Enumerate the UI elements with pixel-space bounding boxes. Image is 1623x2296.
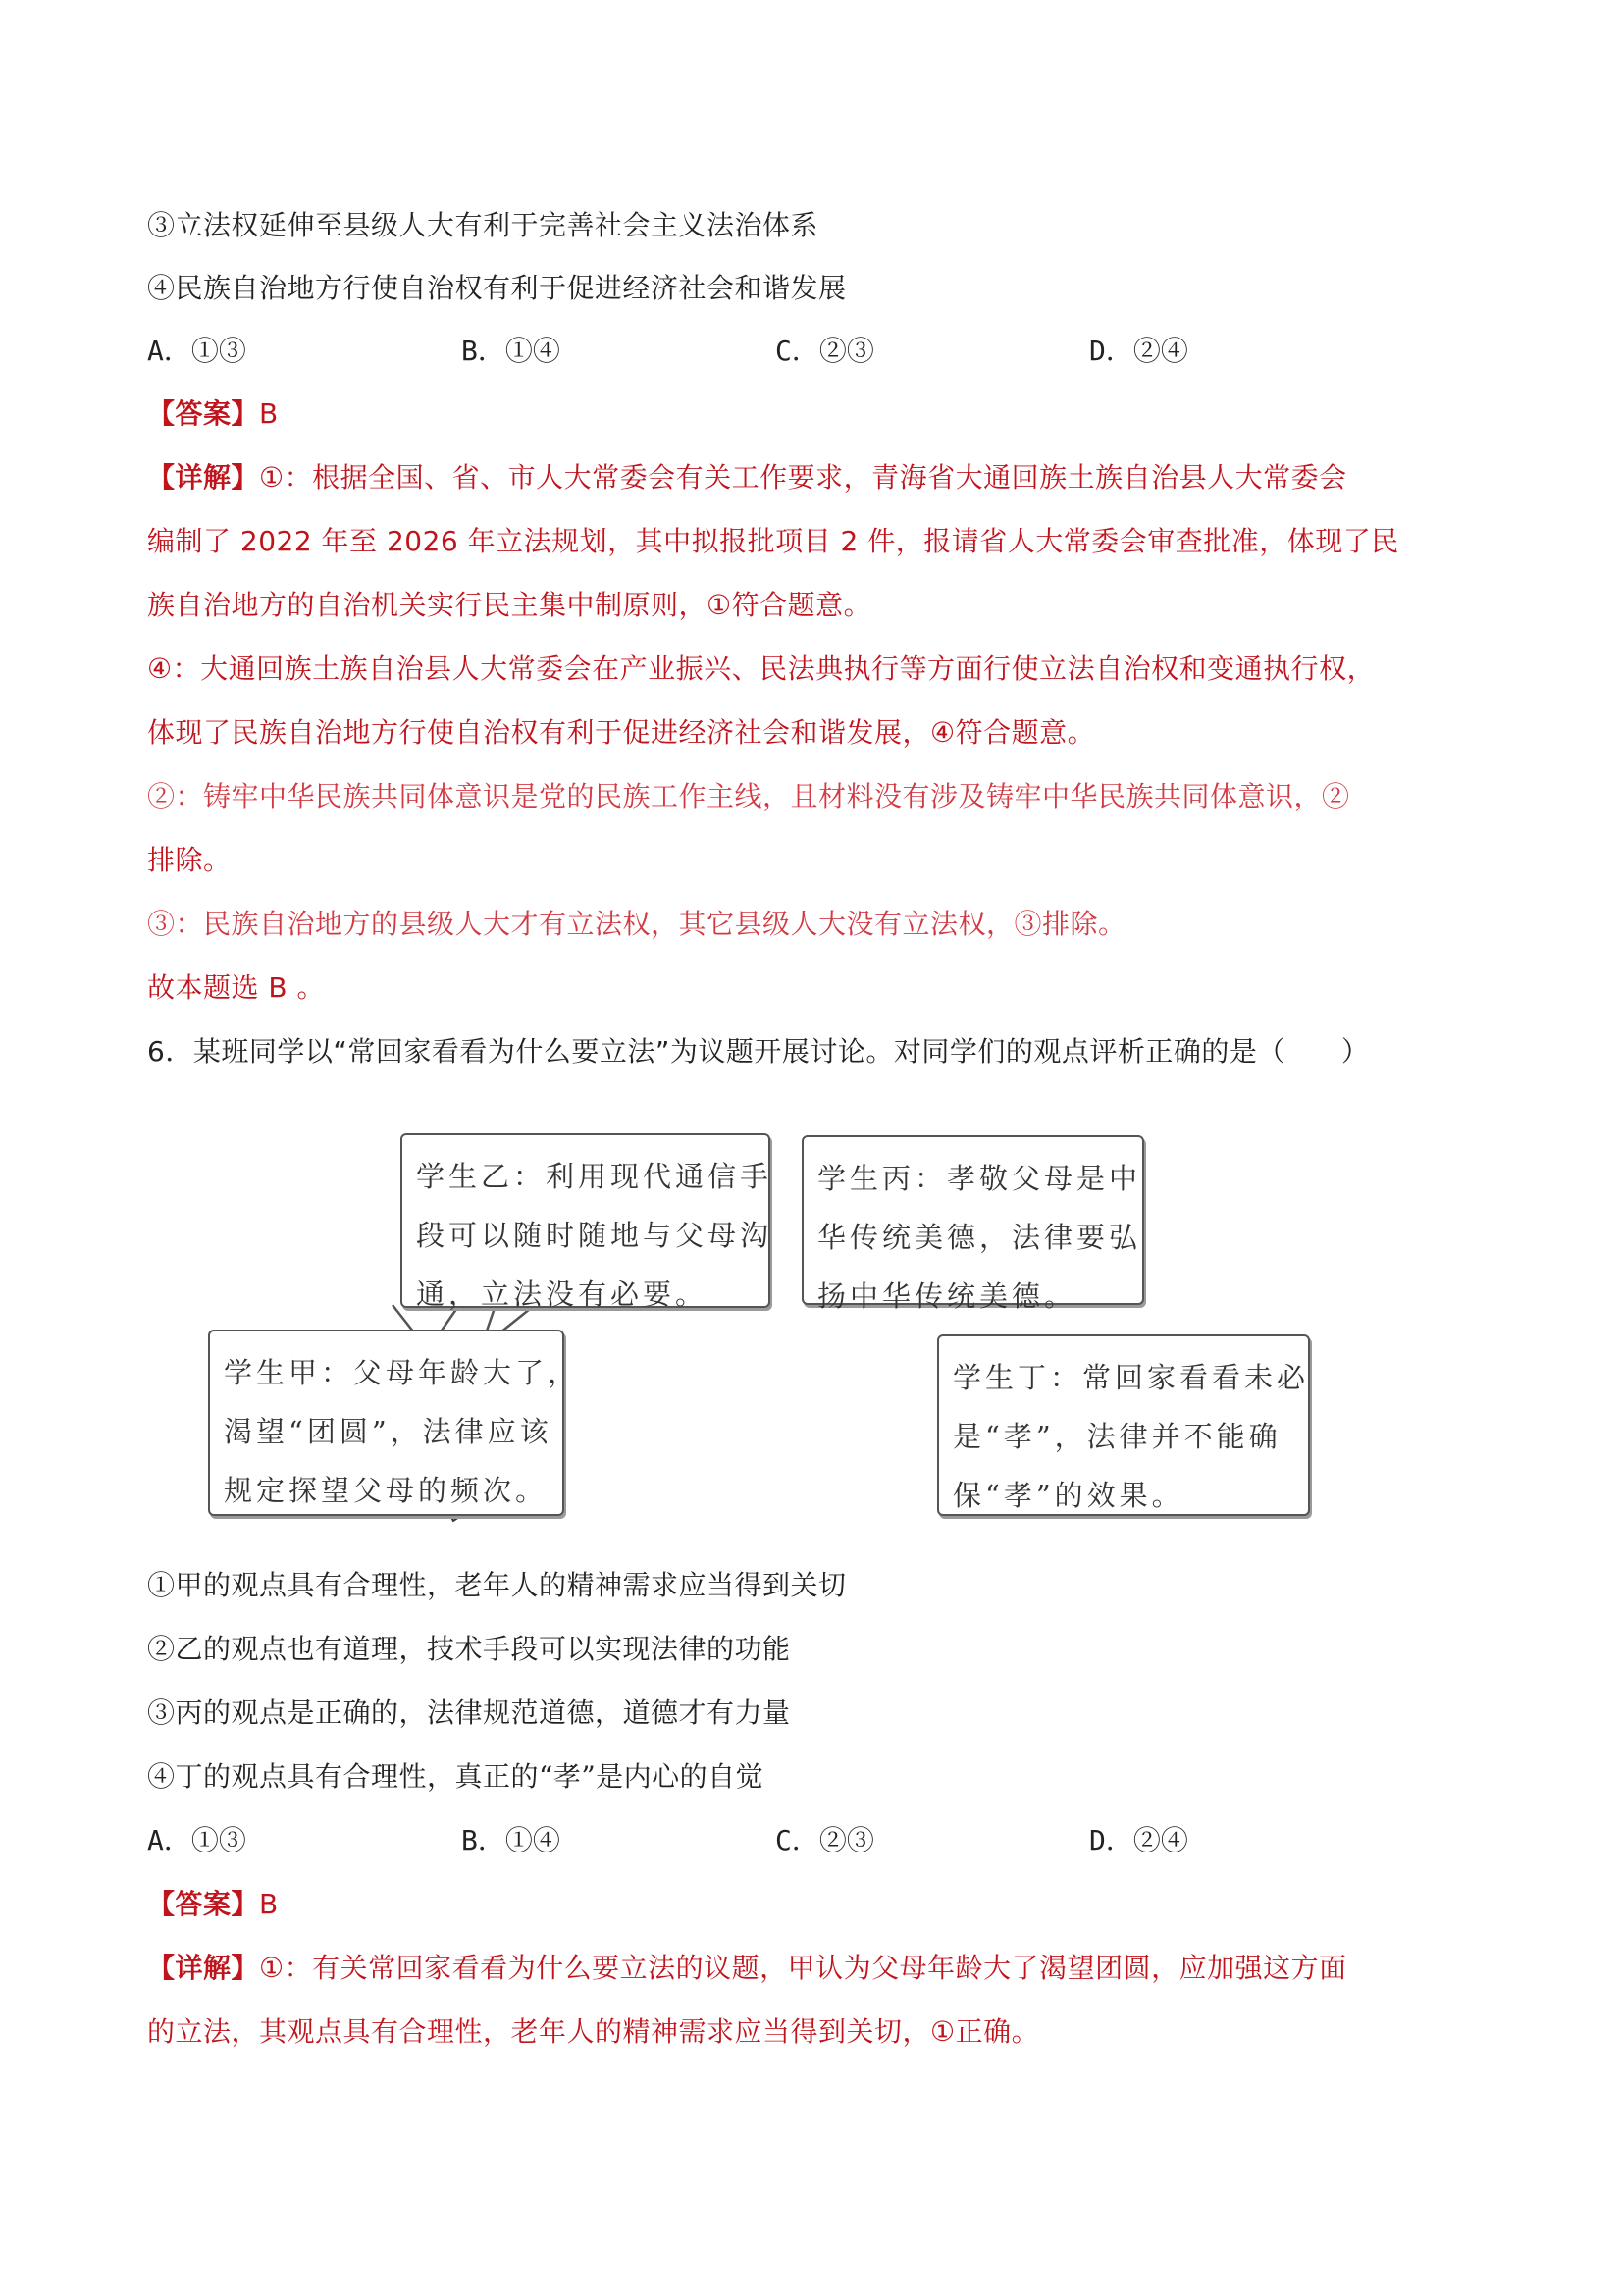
bubble-jia-line-2: 渴望“团圆”，法律应该 (224, 1402, 549, 1461)
speech-bubble-student-bing: 学生丙：孝敬父母是中 华传统美德，法律要弘 扬中华传统美德。 (802, 1135, 1144, 1305)
bubble-ding-line-2: 是“孝”，法律并不能确 (953, 1407, 1294, 1466)
q5-explain-line-4: ④：大通回族土族自治县人大常委会在产业振兴、民法典执行等方面行使立法自治权和变通… (147, 652, 1375, 687)
q5-explain-line-6: ②：铸牢中华民族共同体意识是党的民族工作主线，且材料没有涉及铸牢中华民族共同体意… (147, 779, 1350, 814)
speech-bubble-student-yi: 学生乙：利用现代通信手 段可以随时随地与父母沟 通，立法没有必要。 (400, 1133, 770, 1308)
q5-answer: 【答案】B (147, 396, 279, 432)
q6-statement-1: ①甲的观点具有合理性，老年人的精神需求应当得到关切 (147, 1568, 847, 1603)
explain-text: ①：有关常回家看看为什么要立法的议题，甲认为父母年龄大了渴望团圆，应加强这方面 (259, 1952, 1347, 1984)
bubble-bing-line-2: 华传统美德，法律要弘 (817, 1208, 1128, 1267)
q6-option-d[interactable]: D．②④ (1089, 1823, 1188, 1858)
q6-explain-line-2: 的立法，其观点具有合理性，老年人的精神需求应当得到关切，①正确。 (147, 2014, 1039, 2050)
q6-answer: 【答案】B (147, 1887, 279, 1922)
q5-option-b[interactable]: B．①④ (461, 334, 560, 369)
bubble-jia-line-1: 学生甲：父母年龄大了， (224, 1343, 549, 1402)
explain-text: ①：根据全国、省、市人大常委会有关工作要求，青海省大通回族土族自治县人大常委会 (259, 461, 1347, 494)
explain-tag: 【详解】 (147, 461, 259, 494)
q6-option-c[interactable]: C．②③ (775, 1823, 874, 1858)
q6-stem: 6．某班同学以“常回家看看为什么要立法”为议题开展讨论。对同学们的观点评析正确的… (147, 1034, 1369, 1070)
q5-option-d[interactable]: D．②④ (1089, 334, 1188, 369)
q6-explain-line-1: 【详解】①：有关常回家看看为什么要立法的议题，甲认为父母年龄大了渴望团圆，应加强… (147, 1951, 1347, 1986)
bubble-yi-line-3: 通，立法没有必要。 (416, 1265, 755, 1324)
q6-option-b[interactable]: B．①④ (461, 1823, 560, 1858)
q6-option-a[interactable]: A．①③ (147, 1823, 246, 1858)
q6-statement-3: ③丙的观点是正确的，法律规范道德，道德才有力量 (147, 1696, 791, 1731)
q5-options: A．①③ B．①④ C．②③ D．②④ (147, 334, 1227, 373)
bubble-jia-line-3: 规定探望父母的频次。 (224, 1461, 549, 1520)
q5-option-a[interactable]: A．①③ (147, 334, 246, 369)
explain-tag: 【详解】 (147, 1952, 259, 1984)
q6-options: A．①③ B．①④ C．②③ D．②④ (147, 1823, 1227, 1862)
q6-statement-2: ②乙的观点也有道理，技术手段可以实现法律的功能 (147, 1632, 791, 1667)
answer-value: B (259, 1888, 279, 1920)
discussion-illustration: 学生乙：利用现代通信手 段可以随时随地与父母沟 通，立法没有必要。 学生丙：孝敬… (196, 1119, 1325, 1531)
q5-statement-3: ③立法权延伸至县级人大有利于完善社会主义法治体系 (147, 208, 818, 243)
q5-explain-line-5: 体现了民族自治地方行使自治权有利于促进经济社会和谐发展，④符合题意。 (147, 715, 1095, 751)
speech-bubble-student-ding: 学生丁：常回家看看未必 是“孝”，法律并不能确 保“孝”的效果。 (937, 1334, 1310, 1516)
bubble-yi-line-1: 学生乙：利用现代通信手 (416, 1147, 755, 1206)
q5-statement-4: ④民族自治地方行使自治权有利于促进经济社会和谐发展 (147, 271, 847, 306)
q6-statement-4: ④丁的观点具有合理性，真正的“孝”是内心的自觉 (147, 1759, 763, 1795)
bubble-yi-line-2: 段可以随时随地与父母沟 (416, 1206, 755, 1265)
bubble-ding-line-3: 保“孝”的效果。 (953, 1466, 1294, 1525)
q5-explain-line-8: ③：民族自治地方的县级人大才有立法权，其它县级人大没有立法权，③排除。 (147, 907, 1126, 942)
bubble-ding-line-1: 学生丁：常回家看看未必 (953, 1348, 1294, 1407)
answer-tag: 【答案】 (147, 397, 259, 430)
answer-value: B (259, 397, 279, 430)
q5-explain-line-2: 编制了 2022 年至 2026 年立法规划，其中拟报批项目 2 件，报请省人大… (147, 524, 1399, 559)
bubble-bing-line-1: 学生丙：孝敬父母是中 (817, 1149, 1128, 1208)
q5-explain-line-7: 排除。 (147, 843, 232, 878)
q5-conclusion: 故本题选 B 。 (147, 970, 325, 1006)
speech-bubble-student-jia: 学生甲：父母年龄大了， 渴望“团圆”，法律应该 规定探望父母的频次。 (208, 1330, 564, 1516)
q5-option-c[interactable]: C．②③ (775, 334, 874, 369)
q5-explain-line-3: 族自治地方的自治机关实行民主集中制原则，①符合题意。 (147, 588, 871, 623)
answer-tag: 【答案】 (147, 1888, 259, 1920)
q5-explain-line-1: 【详解】①：根据全国、省、市人大常委会有关工作要求，青海省大通回族土族自治县人大… (147, 460, 1347, 496)
bubble-bing-line-3: 扬中华传统美德。 (817, 1267, 1128, 1326)
